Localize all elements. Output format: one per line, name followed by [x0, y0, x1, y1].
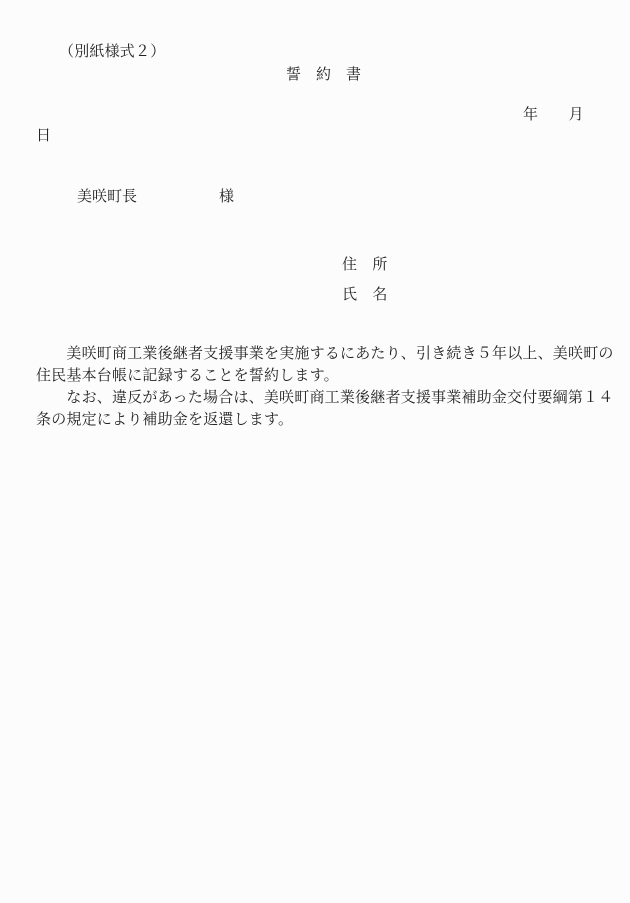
form-style-label: （別紙様式２） [59, 45, 165, 60]
addressee-name: 美咲町長 [77, 190, 137, 205]
body-line: 住民基本台帳に記録することを誓約します。 [36, 369, 339, 384]
document-page: （別紙様式２） 誓 約 書 年 月 日 美咲町長 様 住 所 氏 名 美咲町商工… [0, 0, 630, 903]
addressee-honorific: 様 [219, 190, 234, 205]
document-title: 誓 約 書 [286, 68, 361, 83]
body-line: 美咲町商工業後継者支援事業を実施するにあたり、引き続き５年以上、美咲町の [36, 347, 614, 362]
addressee-line: 美咲町長 様 [0, 190, 630, 206]
signature-address-label: 住 所 [342, 258, 388, 273]
body-line: 条の規定により補助金を返還します。 [36, 413, 293, 428]
date-year-month: 年 月 [523, 108, 584, 123]
body-line: なお、違反があった場合は、美咲町商工業後継者支援事業補助金交付要綱第１４ [36, 391, 613, 406]
date-day: 日 [36, 129, 51, 144]
signature-name-label: 氏 名 [342, 288, 388, 303]
